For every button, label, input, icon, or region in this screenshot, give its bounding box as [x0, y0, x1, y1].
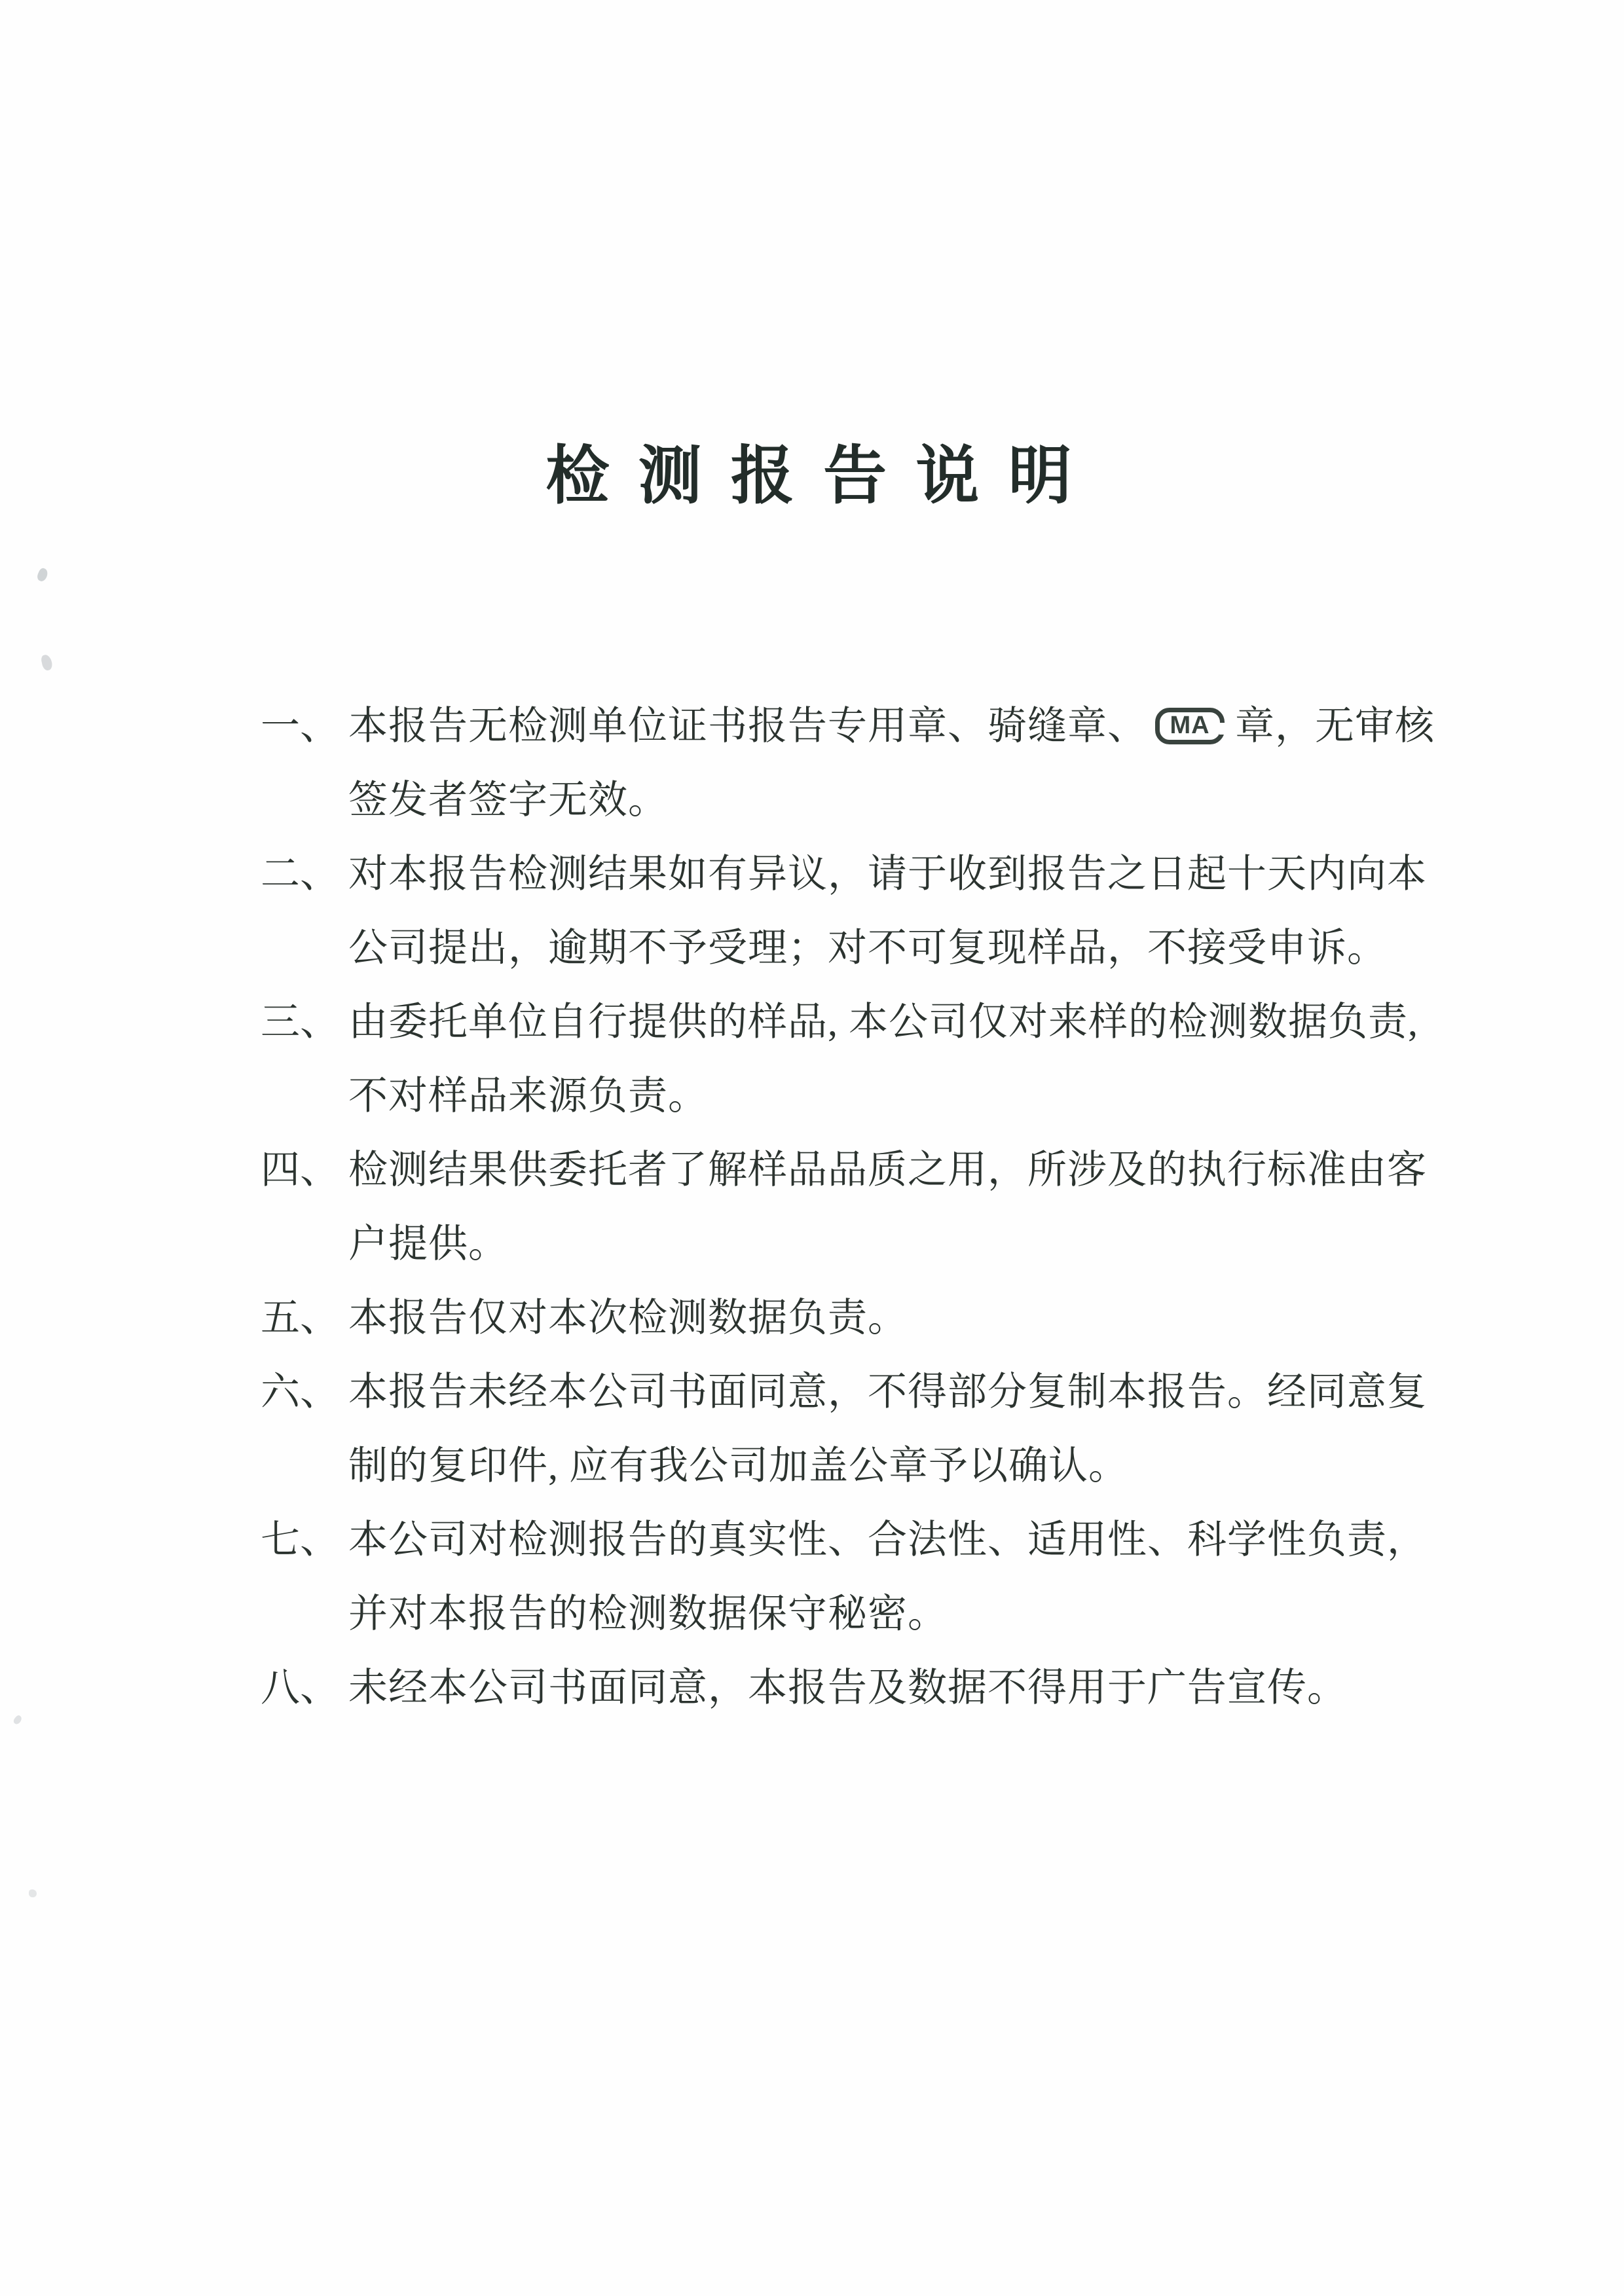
notice-item-3: 三、 由委托单位自行提供的样品, 本公司仅对来样的检测数据负责, 不对样品来源负…: [261, 985, 1387, 1133]
item-number: 七、: [261, 1503, 348, 1577]
item-number: 五、: [261, 1281, 348, 1355]
notice-line: 公司提出，逾期不予受理；对不可复现样品，不接受申诉。: [348, 911, 1427, 985]
scan-speck: [41, 654, 54, 672]
document-page: 检 测 报 告 说 明 一、 本报告无检测单位证书报告专用章、骑缝章、MA章，无…: [0, 0, 1624, 2296]
cma-mark-label: MA: [1170, 713, 1209, 738]
notice-item-6: 六、 本报告未经本公司书面同意，不得部分复制本报告。经同意复 制的复印件, 应有…: [261, 1355, 1387, 1503]
item-lines: 本公司对检测报告的真实性、合法性、适用性、科学性负责， 并对本报告的检测数据保守…: [348, 1503, 1427, 1651]
scan-speck: [12, 1714, 24, 1725]
item-number: 二、: [261, 837, 348, 911]
item-lines: 本报告无检测单位证书报告专用章、骑缝章、MA章，无审核 签发者签字无效。: [348, 689, 1435, 837]
notice-line: 签发者签字无效。: [348, 763, 1435, 837]
notice-line: 本报告无检测单位证书报告专用章、骑缝章、MA章，无审核: [348, 689, 1435, 763]
notice-line: 不对样品来源负责。: [348, 1059, 1418, 1133]
notice-item-4: 四、 检测结果供委托者了解样品品质之用，所涉及的执行标准由客 户提供。: [261, 1133, 1387, 1281]
notice-line: 户提供。: [348, 1207, 1427, 1281]
notice-item-7: 七、 本公司对检测报告的真实性、合法性、适用性、科学性负责， 并对本报告的检测数…: [261, 1503, 1387, 1651]
item-lines: 未经本公司书面同意，本报告及数据不得用于广告宣传。: [348, 1651, 1387, 1725]
notice-line: 并对本报告的检测数据保守秘密。: [348, 1577, 1427, 1651]
notice-item-8: 八、 未经本公司书面同意，本报告及数据不得用于广告宣传。: [261, 1651, 1387, 1725]
notice-line: 对本报告检测结果如有异议，请于收到报告之日起十天内向本: [348, 837, 1427, 911]
notice-item-2: 二、 对本报告检测结果如有异议，请于收到报告之日起十天内向本 公司提出，逾期不予…: [261, 837, 1387, 985]
item-text: 本报告无检测单位证书报告专用章、骑缝章、: [348, 704, 1147, 748]
item-lines: 由委托单位自行提供的样品, 本公司仅对来样的检测数据负责, 不对样品来源负责。: [348, 985, 1418, 1133]
notice-line: 检测结果供委托者了解样品品质之用，所涉及的执行标准由客: [348, 1133, 1427, 1207]
notice-list: 一、 本报告无检测单位证书报告专用章、骑缝章、MA章，无审核 签发者签字无效。 …: [261, 689, 1387, 1725]
scan-speck: [36, 567, 50, 583]
item-number: 四、: [261, 1133, 348, 1207]
scan-speck: [29, 1889, 37, 1897]
notice-line: 由委托单位自行提供的样品, 本公司仅对来样的检测数据负责,: [348, 985, 1418, 1059]
notice-line: 本报告仅对本次检测数据负责。: [348, 1281, 1387, 1355]
cma-mark-icon: MA: [1155, 708, 1225, 744]
notice-line: 本公司对检测报告的真实性、合法性、适用性、科学性负责，: [348, 1503, 1427, 1577]
notice-line: 未经本公司书面同意，本报告及数据不得用于广告宣传。: [348, 1651, 1387, 1725]
item-lines: 本报告仅对本次检测数据负责。: [348, 1281, 1387, 1355]
item-number: 三、: [261, 985, 348, 1059]
page-title: 检 测 报 告 说 明: [0, 424, 1624, 516]
item-lines: 对本报告检测结果如有异议，请于收到报告之日起十天内向本 公司提出，逾期不予受理；…: [348, 837, 1427, 985]
item-text: 章，无审核: [1235, 704, 1435, 748]
notice-line: 制的复印件, 应有我公司加盖公章予以确认。: [348, 1429, 1427, 1503]
item-number: 六、: [261, 1355, 348, 1429]
item-lines: 检测结果供委托者了解样品品质之用，所涉及的执行标准由客 户提供。: [348, 1133, 1427, 1281]
notice-item-1: 一、 本报告无检测单位证书报告专用章、骑缝章、MA章，无审核 签发者签字无效。: [261, 689, 1387, 837]
item-number: 八、: [261, 1651, 348, 1725]
item-lines: 本报告未经本公司书面同意，不得部分复制本报告。经同意复 制的复印件, 应有我公司…: [348, 1355, 1427, 1503]
item-number: 一、: [261, 689, 348, 763]
notice-item-5: 五、 本报告仅对本次检测数据负责。: [261, 1281, 1387, 1355]
notice-line: 本报告未经本公司书面同意，不得部分复制本报告。经同意复: [348, 1355, 1427, 1429]
